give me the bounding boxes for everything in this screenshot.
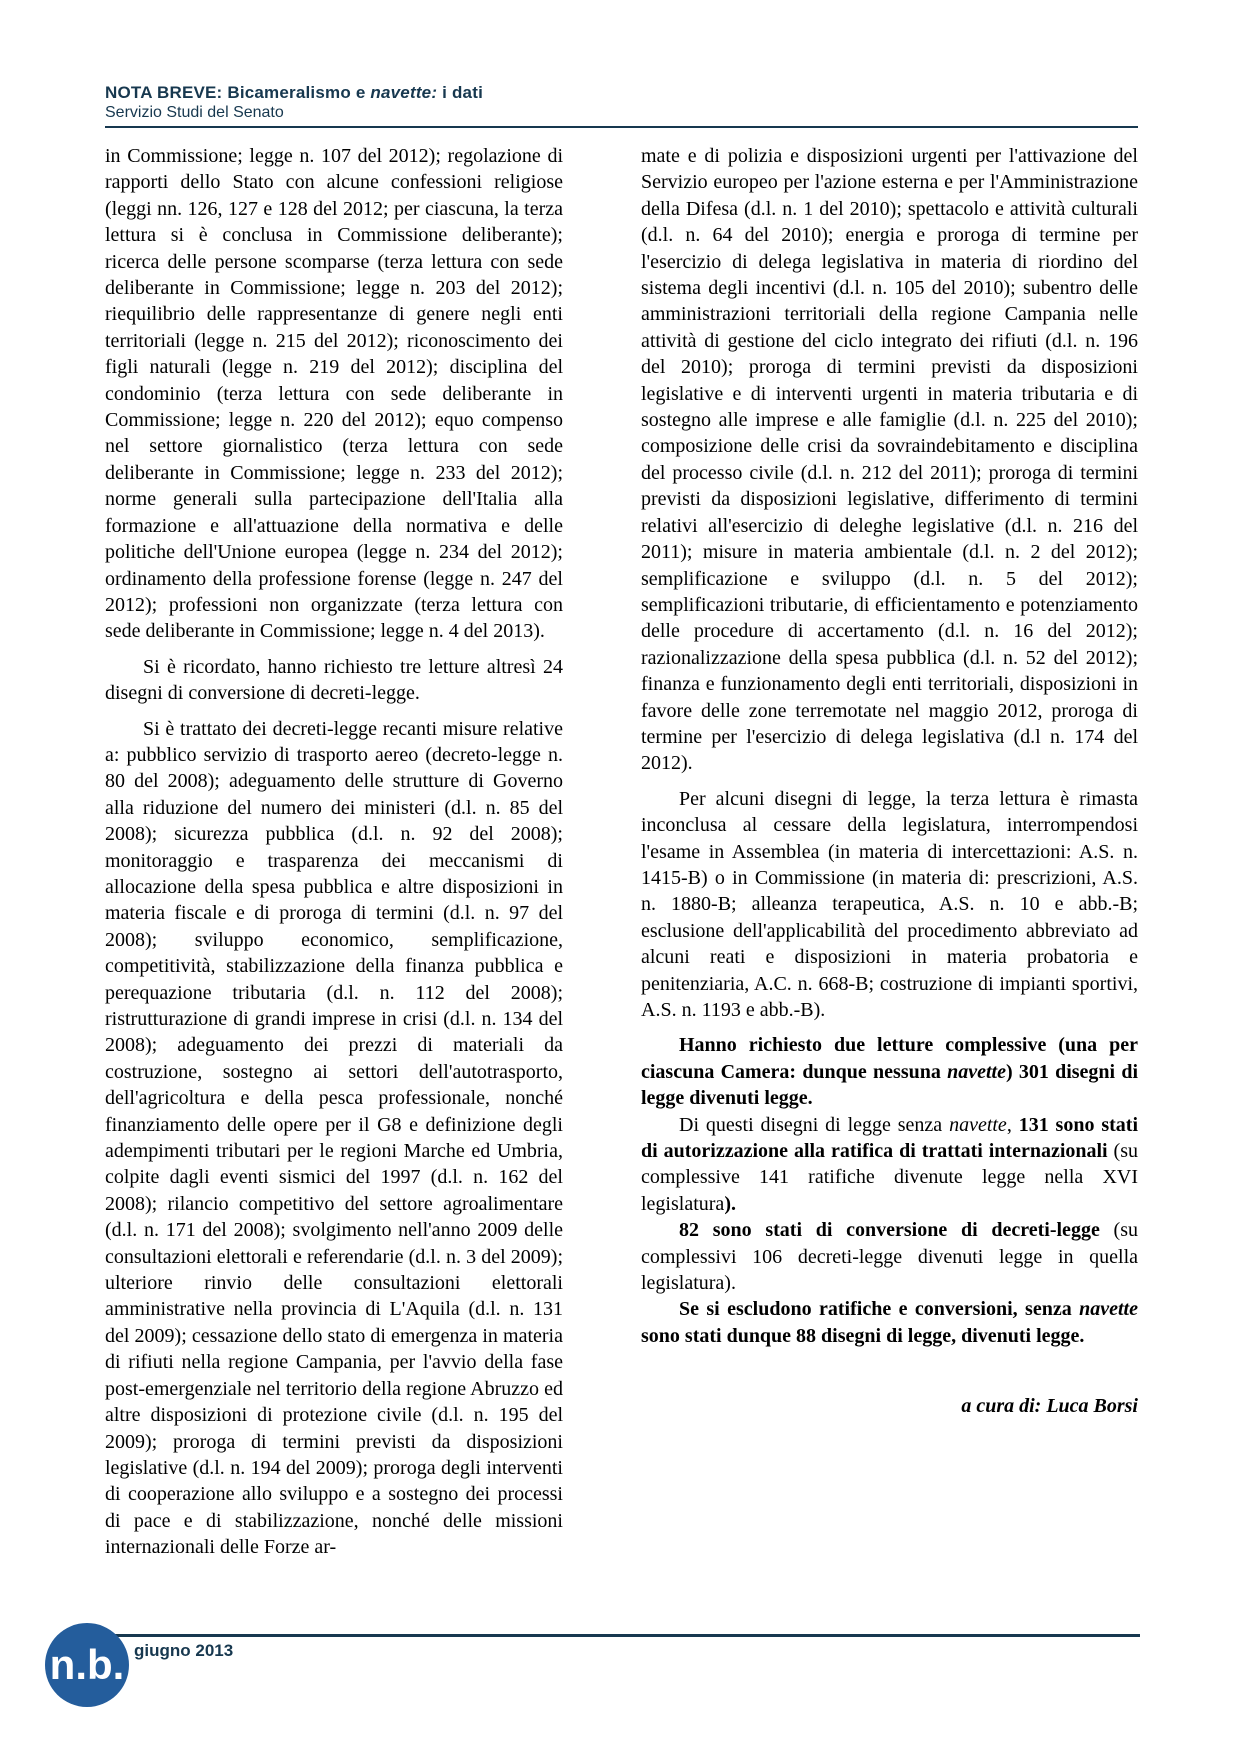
text-segment: navette bbox=[949, 1114, 1007, 1136]
header-rule bbox=[105, 126, 1138, 128]
header-title-prefix: NOTA BREVE: Bicameralismo e bbox=[105, 83, 370, 102]
header-title-italic: navette: bbox=[370, 83, 437, 102]
text-segment: Si è trattato dei decreti-legge recanti … bbox=[105, 718, 563, 1559]
paragraph: Si è ricordato, hanno richiesto tre lett… bbox=[105, 654, 563, 707]
text-segment: navette bbox=[947, 1061, 1006, 1083]
paragraph: Per alcuni disegni di legge, la terza le… bbox=[641, 786, 1138, 1024]
paragraph: Se si escludono ratifiche e conversioni,… bbox=[641, 1296, 1138, 1349]
text-segment: , bbox=[1007, 1114, 1019, 1136]
text-segment: sono stati dunque 88 disegni di legge, d… bbox=[641, 1325, 1084, 1347]
text-segment: navette bbox=[1079, 1298, 1138, 1320]
column-right: mate e di polizia e disposizioni urgenti… bbox=[641, 143, 1138, 1561]
column-left: in Commissione; legge n. 107 del 2012); … bbox=[105, 143, 563, 1561]
paragraph: 82 sono stati di conversione di decreti-… bbox=[641, 1217, 1138, 1296]
nb-logo: n.b. bbox=[45, 1623, 129, 1707]
text-segment: in Commissione; legge n. 107 del 2012); … bbox=[105, 145, 563, 642]
text-segment: a cura di: Luca Borsi bbox=[961, 1395, 1138, 1417]
paragraph: a cura di: Luca Borsi bbox=[641, 1393, 1138, 1419]
paragraph: Di questi disegni di legge senza navette… bbox=[641, 1112, 1138, 1218]
text-segment: Si è ricordato, hanno richiesto tre lett… bbox=[105, 656, 563, 704]
header-subtitle: Servizio Studi del Senato bbox=[105, 103, 1138, 123]
footer-date: giugno 2013 bbox=[134, 1641, 233, 1661]
text-segment: mate e di polizia e disposizioni urgenti… bbox=[641, 145, 1138, 774]
paragraph: mate e di polizia e disposizioni urgenti… bbox=[641, 143, 1138, 777]
text-segment: Se si escludono ratifiche e conversioni,… bbox=[679, 1298, 1079, 1320]
two-column-body: in Commissione; legge n. 107 del 2012); … bbox=[105, 143, 1138, 1561]
document-page: NOTA BREVE: Bicameralismo e navette: i d… bbox=[0, 0, 1240, 1754]
footer-rule bbox=[112, 1634, 1140, 1637]
text-segment: 82 sono stati di conversione di decreti-… bbox=[679, 1219, 1100, 1241]
paragraph: Hanno richiesto due letture complessive … bbox=[641, 1032, 1138, 1111]
text-segment: Di questi disegni di legge senza bbox=[679, 1114, 949, 1136]
paragraph: Si è trattato dei decreti-legge recanti … bbox=[105, 716, 563, 1561]
text-segment: ). bbox=[724, 1193, 736, 1215]
page-header: NOTA BREVE: Bicameralismo e navette: i d… bbox=[105, 82, 1138, 128]
header-title-suffix: i dati bbox=[437, 83, 483, 102]
nb-logo-text: n.b. bbox=[50, 1641, 125, 1689]
text-segment: Per alcuni disegni di legge, la terza le… bbox=[641, 788, 1138, 1021]
header-title: NOTA BREVE: Bicameralismo e navette: i d… bbox=[105, 82, 1138, 103]
paragraph: in Commissione; legge n. 107 del 2012); … bbox=[105, 143, 563, 645]
